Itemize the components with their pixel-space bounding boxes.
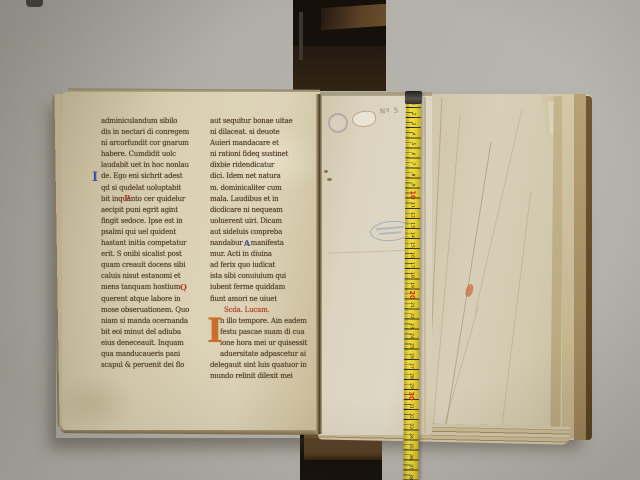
manuscript-left-page: adminiculandum sibilodis in nectari di c… [62, 92, 320, 430]
manuscript-line: festu pascae suam di cua [210, 327, 313, 338]
manuscript-line: adminiculandum sibilo [101, 116, 204, 127]
manuscript-line: bit eoi minut del adiuba [101, 327, 204, 338]
manuscript-line: scapul & peruenit dei flo [101, 360, 204, 371]
manuscript-line: m. dominicaliter cum [210, 183, 313, 194]
colored-initial: I [92, 170, 98, 185]
manuscript-line: quam creauit docens sibi [101, 260, 204, 271]
colored-initial: P [124, 193, 130, 203]
manuscript-line: bit inquanto cer quidelur [101, 194, 204, 205]
manuscript-line: erit. S onibi sicalist post [101, 249, 204, 260]
manuscript-line: laudabit uet in hoc nonlau [101, 160, 204, 171]
manuscript-line: mens tanquam hostium [101, 282, 204, 293]
manuscript-line: mose obseruationem. Quo [101, 305, 204, 316]
ink-blot [327, 178, 332, 181]
measuring-tape: 1234567891011121314151617181920212223242… [403, 92, 421, 480]
manuscript-line: iubent ferme quiddam [210, 282, 313, 293]
manuscript-line: Auieri mandacare et [210, 138, 313, 149]
manuscript-line: fiunt amori ne uiuet [210, 294, 313, 305]
text-column-1: adminiculandum sibilodis in nectari di c… [101, 116, 204, 371]
manuscript-line: habere. Cumdidit uolc [101, 149, 204, 160]
manuscript-line: mur. Acti in diuina [210, 249, 313, 260]
manuscript-line: hastant initia competatur [101, 238, 204, 249]
manuscript-line: ad ferix quo iudicat [210, 260, 313, 271]
leaf-edge [562, 94, 574, 438]
manuscript-line: qd si qudelat uoluptabit [101, 183, 204, 194]
manuscript-line: mala. Laudibus et in [210, 194, 313, 205]
wax-spot [351, 109, 377, 128]
manuscript-line: ni dilaceat. si deuote [210, 127, 313, 138]
manuscript-line: ione hora mei ur quisessit [210, 338, 313, 349]
ink-blot [324, 170, 328, 173]
wood-shadow [293, 46, 386, 91]
tape-end-clip [405, 91, 422, 104]
pencil-foliation-note: Nº 5 [380, 106, 400, 115]
manuscript-line: aecipit puni egrit agint [101, 205, 204, 216]
red-ink-fleck [464, 283, 475, 298]
manuscript-line: dicdicare ni nequeam [210, 205, 313, 216]
stamp-text-line [379, 231, 401, 235]
stamp-text-line [376, 226, 404, 230]
page-fold-edge [424, 97, 426, 433]
manuscript-line: niam si manda ocernanda [101, 316, 204, 327]
round-repair-spot [328, 113, 348, 133]
book-gutter [316, 94, 322, 434]
manuscript-line: qua manducaueris pani [101, 349, 204, 360]
manuscript-line: nandabur o manifesta [210, 238, 313, 249]
fore-edge [586, 96, 592, 440]
manuscript-line: fingit sedoce. Ipse est in [101, 216, 204, 227]
manuscript-line: psalmi qui uel quident [101, 227, 204, 238]
manuscript-line: aut sequitur bonae uitae [210, 116, 313, 127]
colored-initial: Q [180, 282, 187, 292]
digitization-photo: Nº 5 adminiculandum sibilodis in nectari… [0, 0, 640, 480]
manuscript-line: de. Ego eni sichrit adest [101, 171, 204, 182]
text-column-2: aut sequitur bonae uitaeni dilaceat. si … [210, 116, 313, 382]
manuscript-line: aduersitate adpascetur ai [210, 349, 313, 360]
crease-line [474, 109, 522, 314]
wood-plank [321, 4, 386, 31]
parchment-leaf-stack [420, 94, 592, 440]
manuscript-line: ni arcorfundit cor gnarum [101, 138, 204, 149]
manuscript-line: n illo tempore. Ain eadem [210, 316, 313, 327]
manuscript-line: eius deneceauit. Inquam [101, 338, 204, 349]
manuscript-line: caluis nisut estanomi et [101, 271, 204, 282]
drop-initial: I [207, 314, 223, 348]
manuscript-line: uoluerent uiri. Dicam [210, 216, 313, 227]
manuscript-line: ista sibi conuiuium qui [210, 271, 313, 282]
manuscript-line: dis in nectari di conregem [101, 127, 204, 138]
cradle-slot-top [293, 0, 386, 91]
leaf-edge [574, 94, 586, 440]
colored-initial: A [244, 238, 250, 248]
manuscript-line: dixbie ridendicatur [210, 160, 313, 171]
manuscript-line: ni rationi fideq sustinet [210, 149, 313, 160]
crease-line [502, 191, 532, 425]
tape-cm-number: 38 [407, 469, 415, 480]
clamp-mark [26, 0, 43, 7]
manuscript-line: dici. Idem net natura [210, 171, 313, 182]
manuscript-line: delegauit sint luis quatuor in [210, 360, 313, 371]
slot-lip [299, 12, 303, 60]
manuscript-line: Scda. Lucam. [210, 305, 313, 316]
manuscript-line: mundo relinit dilexit mei [210, 371, 313, 382]
manuscript-line: aut sideluis conpreba [210, 227, 313, 238]
manuscript-line: querent atque labore in [101, 294, 204, 305]
